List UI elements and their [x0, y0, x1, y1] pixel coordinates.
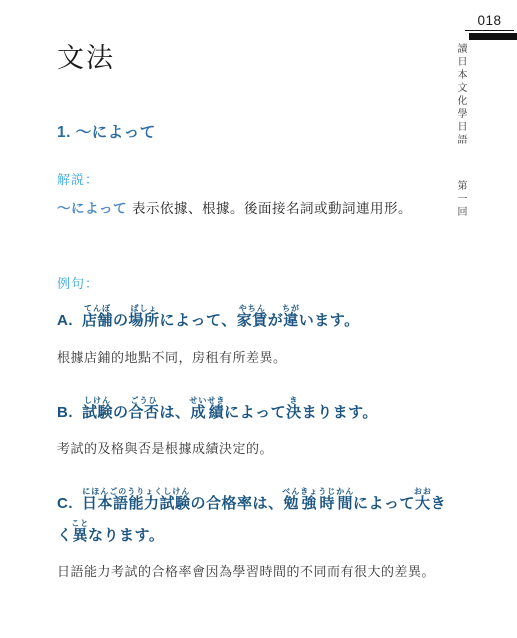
section-heading: 1. ～によって [57, 120, 465, 142]
furigana-segment: 成績せいせき [191, 404, 225, 421]
explanation-body: 表示依據、根據。後面接名詞或動詞連用形。 [132, 201, 412, 216]
example-sentence-japanese: B.試験しけんの合否ごうひは、成績せいせきによって決きまります。 [57, 396, 465, 429]
example-sentence-japanese: C.日本語能力試験にほんごのうりょくしけんの合格率は、勉強時間べんきょうじかんに… [57, 487, 465, 553]
page-title: 文法 [57, 42, 465, 74]
page-header: 018 [465, 13, 517, 40]
page-number-bar [469, 33, 517, 40]
example-item: A.店舗てんぽの場所ばしょによって、家賃やちんが違ちがいます。根據店鋪的地點不同… [57, 304, 465, 365]
page-number: 018 [465, 13, 514, 31]
grammar-term: ～によって [57, 201, 127, 216]
furigana-segment: 日本語能力試験にほんごのうりょくしけん [82, 495, 191, 512]
textbook-page: 018 讀日本文化學日語 第一回 文法 1. ～によって 解説： ～によって表示… [0, 0, 517, 638]
example-sentence-japanese: A.店舗てんぽの場所ばしょによって、家賃やちんが違ちがいます。 [57, 304, 465, 337]
furigana-segment: 合否ごうひ [129, 404, 160, 421]
main-content: 文法 1. ～によって 解説： ～によって表示依據、根據。後面接名詞或動詞連用形… [57, 0, 465, 580]
example-letter: A. [57, 312, 73, 329]
furigana-segment: 勉強時間べんきょうじかん [284, 495, 354, 512]
example-translation-chinese: 考試的及格與否是根據成績決定的。 [57, 438, 465, 457]
furigana-segment: 店舗てんぽ [82, 312, 113, 329]
example-translation-chinese: 日語能力考試的合格率會因為學習時間的不同而有很大的差異。 [57, 561, 465, 580]
example-item: C.日本語能力試験にほんごのうりょくしけんの合格率は、勉強時間べんきょうじかんに… [57, 487, 465, 581]
furigana-segment: 大おお [415, 495, 431, 512]
example-translation-chinese: 根據店鋪的地點不同，房租有所差異。 [57, 347, 465, 366]
explanation-label: 解説： [57, 169, 465, 188]
examples-list: A.店舗てんぽの場所ばしょによって、家賃やちんが違ちがいます。根據店鋪的地點不同… [57, 304, 465, 580]
example-letter: C. [57, 495, 73, 512]
examples-label: 例句： [57, 273, 465, 292]
furigana-segment: 場所ばしょ [129, 312, 160, 329]
furigana-segment: 異こと [73, 527, 89, 544]
example-letter: B. [57, 404, 73, 421]
furigana-segment: 試験しけん [82, 404, 113, 421]
furigana-segment: 違ちが [283, 312, 299, 329]
example-item: B.試験しけんの合否ごうひは、成績せいせきによって決きまります。考試的及格與否是… [57, 396, 465, 457]
explanation-paragraph: ～によって表示依據、根據。後面接名詞或動詞連用形。 [57, 197, 465, 217]
furigana-segment: 決き [286, 404, 302, 421]
furigana-segment: 家賃やちん [237, 312, 268, 329]
